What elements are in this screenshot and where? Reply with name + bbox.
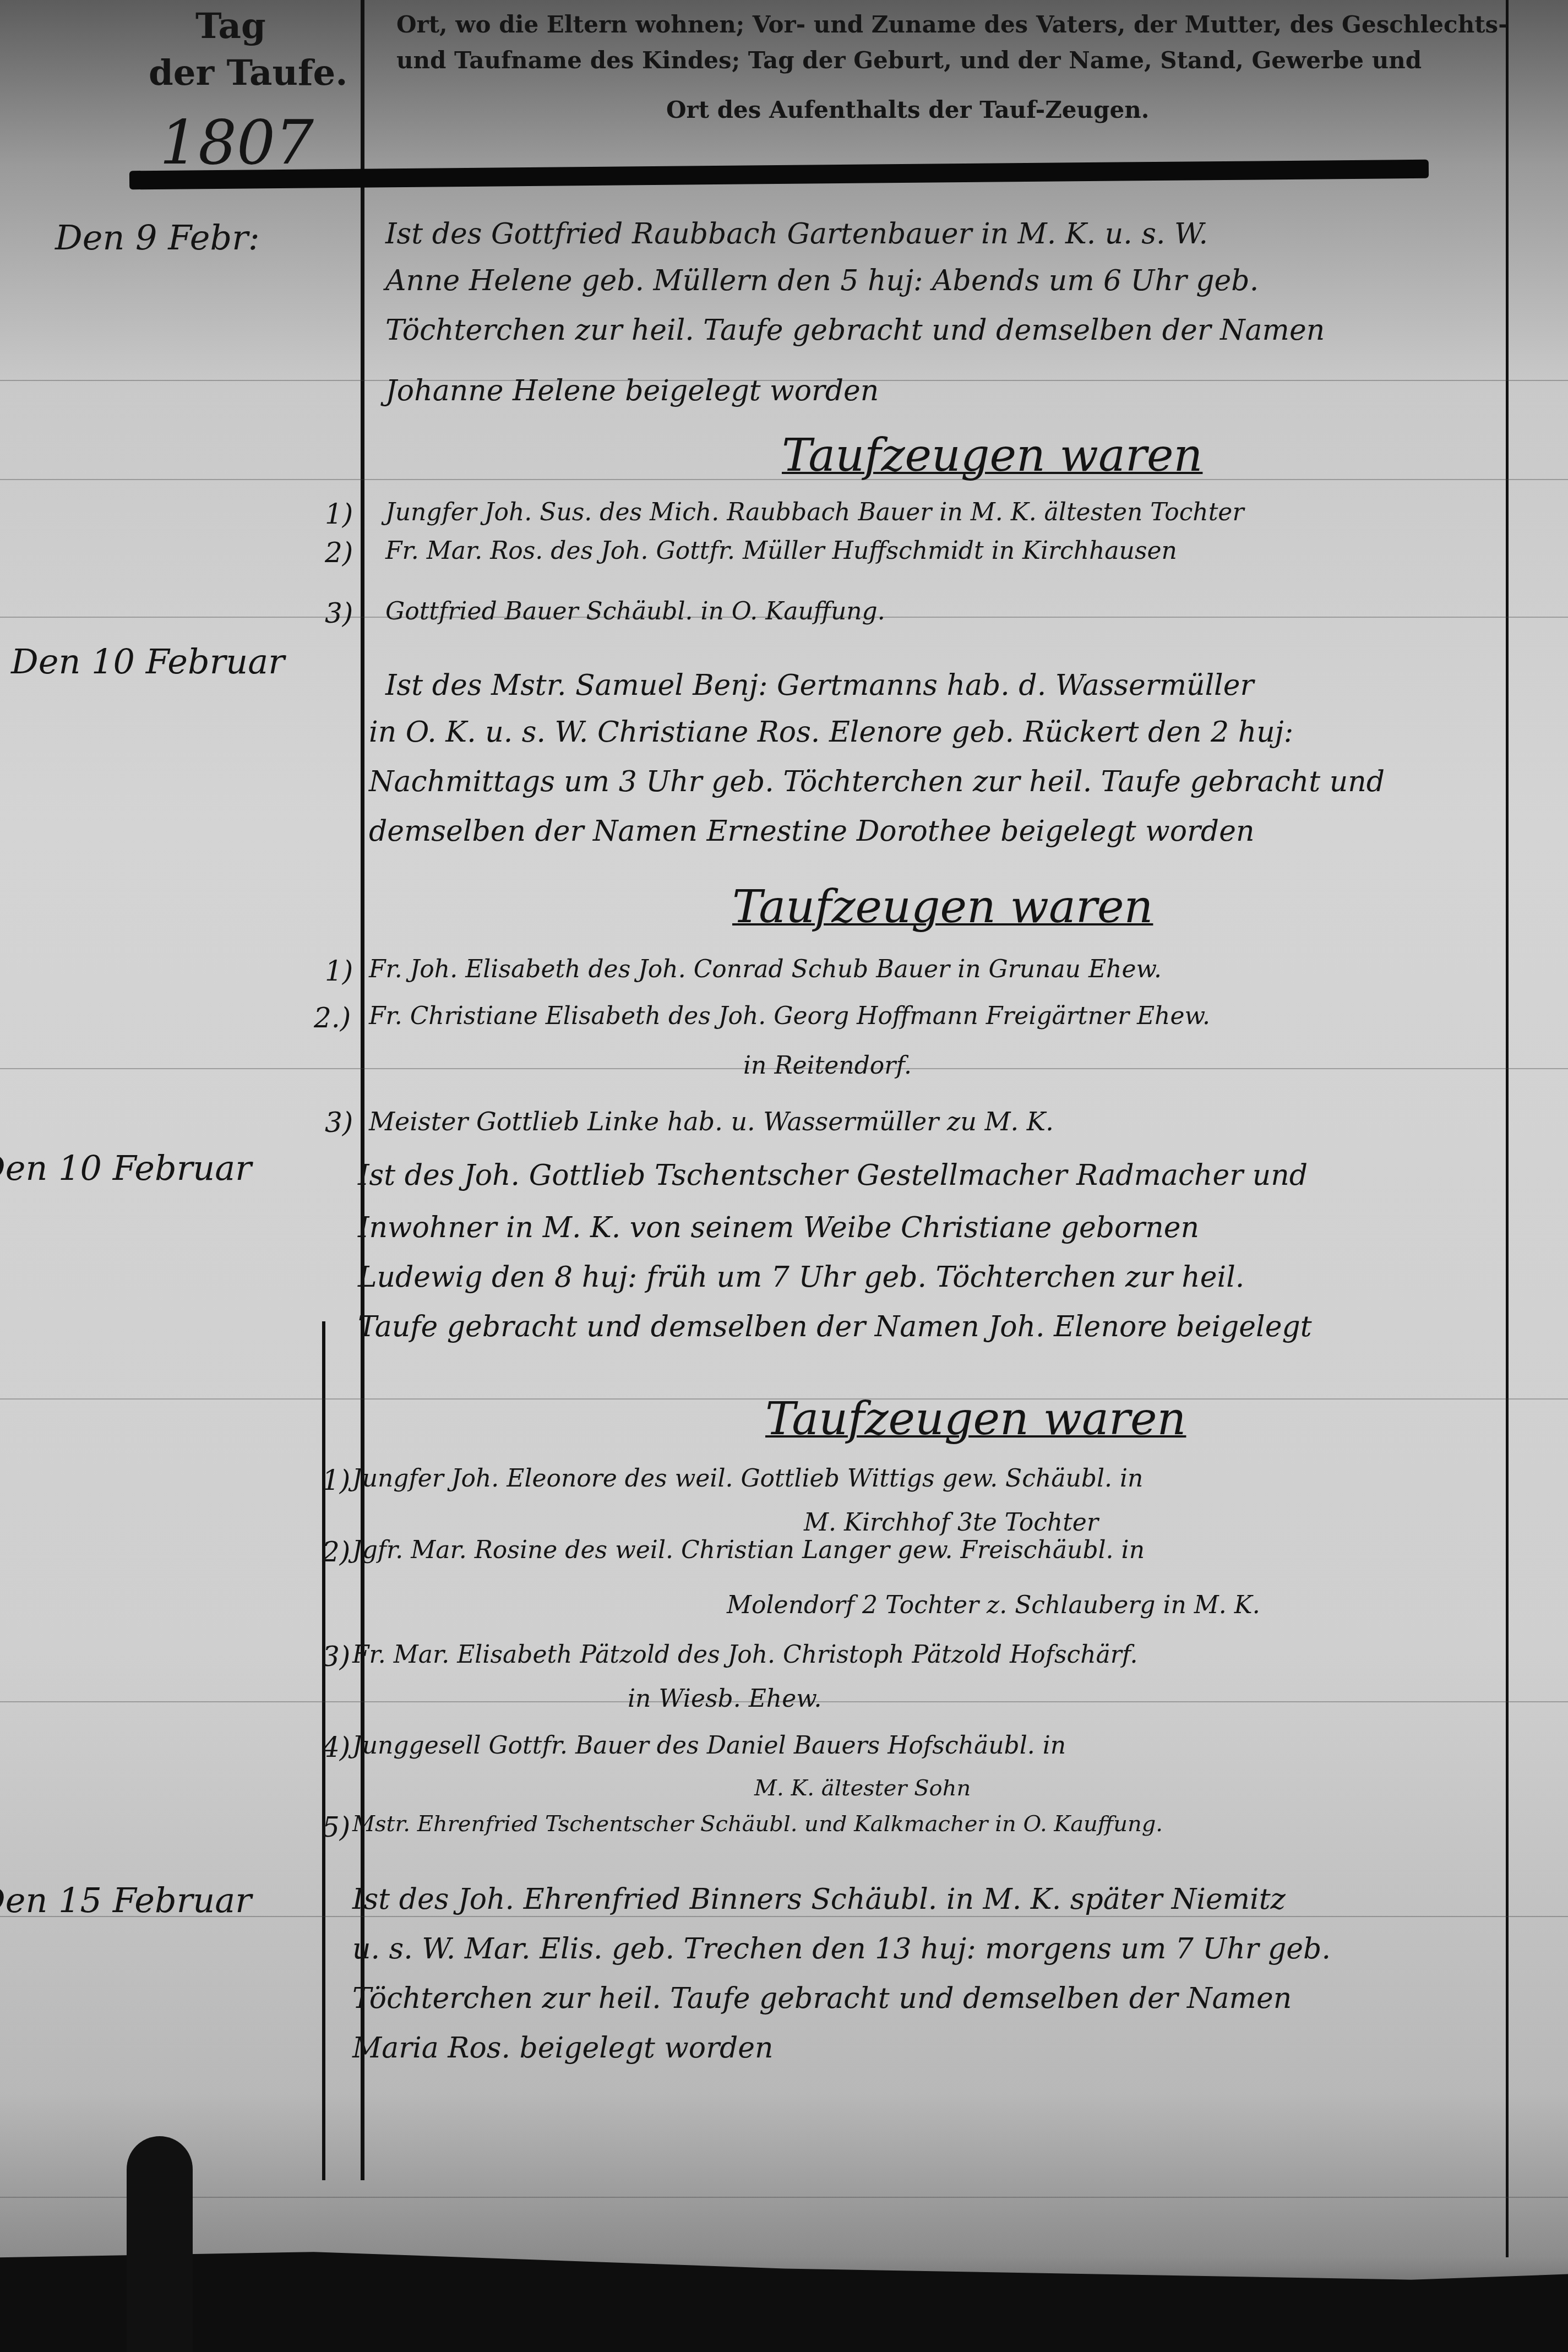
entry-text-line: Töchterchen zur heil. Taufe gebracht und… bbox=[352, 1982, 1292, 2015]
witness-number: 4) bbox=[322, 1732, 350, 1763]
witness-text: Jungfer Joh. Eleonore des weil. Gottlieb… bbox=[352, 1464, 1143, 1493]
entry-text-line: Anne Helene geb. Müllern den 5 huj: Aben… bbox=[385, 264, 1259, 297]
entry-text-line: Ludewig den 8 huj: früh um 7 Uhr geb. Tö… bbox=[358, 1261, 1244, 1294]
scan-shadow bbox=[0, 2241, 1568, 2352]
entry-text-line: Töchterchen zur heil. Taufe gebracht und… bbox=[385, 314, 1325, 347]
header-description-line3: Ort des Aufenthalts der Tauf-Zeugen. bbox=[666, 96, 1149, 123]
witness-text-continuation: M. K. ältester Sohn bbox=[754, 1776, 971, 1801]
witness-text: Junggesell Gottfr. Bauer des Daniel Baue… bbox=[352, 1732, 1066, 1760]
entry-text-line: Ist des Gottfried Raubbach Gartenbauer i… bbox=[385, 217, 1208, 251]
entry-text-line: Maria Ros. beigelegt worden bbox=[352, 2032, 774, 2065]
witness-text-continuation: in Wiesb. Ehew. bbox=[628, 1685, 822, 1713]
header-year: 1807 bbox=[160, 107, 314, 178]
witness-text: Gottfried Bauer Schäubl. in O. Kauffung. bbox=[385, 597, 885, 625]
witnesses-heading: Taufzeugen waren bbox=[732, 881, 1153, 933]
entry-text-line: demselben der Namen Ernestine Dorothee b… bbox=[369, 815, 1254, 848]
entry-date: Den 15 Februar bbox=[0, 1880, 252, 1920]
witness-text: Meister Gottlieb Linke hab. u. Wassermül… bbox=[369, 1107, 1054, 1136]
entry-text-line: Nachmittags um 3 Uhr geb. Töchterchen zu… bbox=[369, 765, 1385, 798]
witness-text: Jungfer Joh. Sus. des Mich. Raubbach Bau… bbox=[385, 498, 1244, 526]
witness-number: 1) bbox=[325, 955, 353, 987]
header-separator-rule bbox=[129, 160, 1429, 190]
witness-number: 3) bbox=[325, 597, 353, 629]
entry-text-line: Ist des Joh. Gottlieb Tschentscher Geste… bbox=[358, 1159, 1308, 1192]
witness-text: Fr. Mar. Elisabeth Pätzold des Joh. Chri… bbox=[352, 1641, 1138, 1669]
witness-number: 1) bbox=[322, 1464, 350, 1496]
ruled-line bbox=[0, 2197, 1568, 2198]
right-margin-rule bbox=[1506, 0, 1509, 2257]
header-description-line2: und Taufname des Kindes; Tag der Geburt,… bbox=[396, 47, 1422, 74]
witnesses-heading: Taufzeugen waren bbox=[782, 429, 1202, 482]
entry-text-line: in O. K. u. s. W. Christiane Ros. Elenor… bbox=[369, 716, 1293, 749]
entry-text-line: Ist des Mstr. Samuel Benj: Gertmanns hab… bbox=[385, 669, 1254, 702]
witness-number: 2) bbox=[322, 1536, 350, 1568]
witness-number: 3) bbox=[325, 1107, 353, 1139]
witness-text: Jgfr. Mar. Rosine des weil. Christian La… bbox=[352, 1536, 1145, 1564]
witness-text-continuation: in Reitendorf. bbox=[743, 1052, 912, 1080]
witness-number: 2.) bbox=[314, 1002, 351, 1034]
entry-date: Den 10 Februar bbox=[11, 641, 285, 682]
witness-text: Fr. Mar. Ros. des Joh. Gottfr. Müller Hu… bbox=[385, 537, 1177, 565]
entry-text-line: Taufe gebracht und demselben der Namen J… bbox=[358, 1310, 1312, 1343]
entry-text-line: u. s. W. Mar. Elis. geb. Trechen den 13 … bbox=[352, 1932, 1331, 1966]
witnesses-heading: Taufzeugen waren bbox=[765, 1393, 1186, 1445]
witness-text-continuation: M. Kirchhof 3te Tochter bbox=[804, 1509, 1098, 1537]
register-page: Tag der Taufe. 1807 Ort, wo die Eltern w… bbox=[0, 0, 1568, 2352]
witness-text: Fr. Joh. Elisabeth des Joh. Conrad Schub… bbox=[369, 955, 1162, 983]
header-description-line1: Ort, wo die Eltern wohnen; Vor- und Zuna… bbox=[396, 11, 1508, 38]
entry-date: Den 9 Febr: bbox=[55, 217, 260, 258]
entry-date: Den 10 Februar bbox=[0, 1148, 252, 1188]
header-tag: Tag bbox=[195, 6, 266, 47]
witness-text: Fr. Christiane Elisabeth des Joh. Georg … bbox=[369, 1002, 1210, 1030]
witness-number: 2) bbox=[325, 537, 353, 569]
header-der-taufe: der Taufe. bbox=[149, 52, 348, 94]
left-column-divider bbox=[361, 0, 364, 2180]
entry-text-line: Ist des Joh. Ehrenfried Binners Schäubl.… bbox=[352, 1883, 1286, 1916]
entry-text-line: Inwohner in M. K. von seinem Weibe Chris… bbox=[358, 1211, 1199, 1244]
witness-number: 3) bbox=[322, 1641, 350, 1673]
witness-text-continuation: Molendorf 2 Tochter z. Schlauberg in M. … bbox=[727, 1591, 1260, 1619]
entry-text-line: Johanne Helene beigelegt worden bbox=[385, 374, 879, 407]
thumb-shadow bbox=[127, 2136, 193, 2352]
witness-number: 5) bbox=[322, 1811, 350, 1843]
witness-text: Mstr. Ehrenfried Tschentscher Schäubl. u… bbox=[352, 1811, 1163, 1837]
witness-number: 1) bbox=[325, 498, 353, 530]
